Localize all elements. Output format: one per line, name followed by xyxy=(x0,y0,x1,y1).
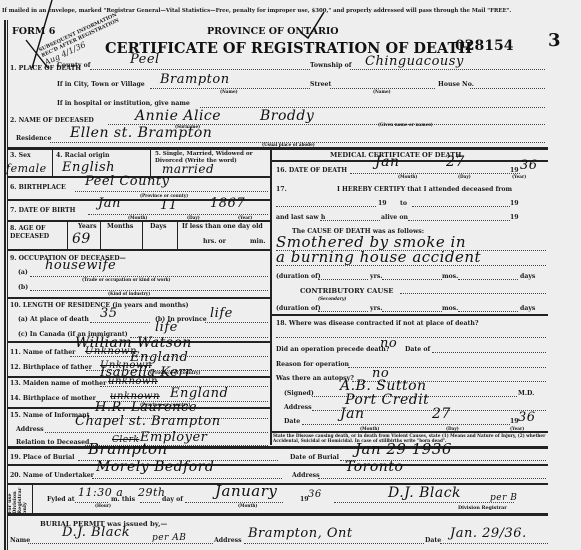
permit-date-label: Date xyxy=(425,537,441,544)
death-month: Jan xyxy=(375,154,399,170)
filed-month: January xyxy=(215,482,277,500)
county-line xyxy=(90,69,310,70)
burial-place-value: Brampton xyxy=(88,440,168,458)
city-label: If in City, Town or Village xyxy=(57,81,145,88)
permit-date-value: Jan. 29/36. xyxy=(450,526,527,541)
death-date-label: 16. DATE OF DEATH xyxy=(276,167,347,174)
township-value: Chinguacousy xyxy=(365,54,464,69)
registrar-sig-line xyxy=(334,502,514,503)
sex-label: 3. Sex xyxy=(10,152,31,159)
alive-line xyxy=(408,220,510,221)
dur-yrs-line-2 xyxy=(318,311,368,312)
registrar-initials: per B xyxy=(490,493,517,503)
form-border-left-inner xyxy=(7,20,8,550)
registration-number: 028154 xyxy=(455,38,513,54)
alive-19: 19 xyxy=(510,214,519,221)
undertaker-line xyxy=(92,478,282,479)
contracted-label: 18. Where was disease contracted if not … xyxy=(276,320,478,327)
from-line xyxy=(276,206,376,207)
informant-address-value: Chapel st. Brampton xyxy=(75,414,221,429)
division-registrar-label: Division Registrar xyxy=(458,505,507,511)
permit-name-value: D.J. Black xyxy=(62,525,130,540)
undertaker-value: Morely Bedford xyxy=(96,459,214,475)
contracted-line xyxy=(276,337,546,338)
filed-day-line xyxy=(140,502,160,503)
divider-main xyxy=(8,147,548,150)
yrs-label-2: yrs. xyxy=(370,305,383,312)
age-label: 8. AGE OF DECEASED xyxy=(10,225,65,241)
medical-date-line xyxy=(302,424,510,425)
registrar-signature: D.J. Black xyxy=(388,485,461,501)
column-divider xyxy=(270,150,272,445)
house-line xyxy=(470,88,545,89)
given-names: Annie Alice xyxy=(135,108,221,124)
sex-value: female xyxy=(6,162,47,175)
age-days-label: Days xyxy=(150,223,166,230)
age-div-4 xyxy=(177,221,178,249)
permit-address-value: Brampton, Ont xyxy=(248,526,353,541)
hour-sub: (Hour) xyxy=(95,503,111,508)
street-label: Street xyxy=(310,81,331,88)
dur-mos-line-1 xyxy=(382,279,442,280)
dob-month: Jan xyxy=(98,196,121,211)
md-label: M.D. xyxy=(518,390,534,397)
racial-divider xyxy=(150,150,151,176)
informant-name-value: H.R. Laurence xyxy=(95,400,197,415)
undertaker-address-value: Toronto xyxy=(345,459,403,475)
name-label: 2. NAME OF DECEASED xyxy=(10,117,94,124)
burial-place-label: 19. Place of Burial xyxy=(10,454,74,461)
age-div-2 xyxy=(100,221,101,249)
mother-label: 13. Maiden name of mother xyxy=(10,380,106,387)
death-year-prefix: 19 xyxy=(510,167,519,174)
occupation-a-label: (a) xyxy=(18,269,28,276)
filed-m: m. this xyxy=(111,496,135,503)
permit-date-line xyxy=(440,543,548,544)
permit-address-label: Address xyxy=(214,537,242,544)
city-sublabel: (Name) xyxy=(220,89,238,94)
residence-province-line xyxy=(205,322,268,323)
certify-text: I HEREBY CERTIFY that I attended decease… xyxy=(337,186,512,193)
occupation-a-sub: (Trade or occupation or kind of work) xyxy=(82,277,171,282)
county-label: County of xyxy=(57,62,90,69)
father-birth-label: 12. Birthplace of father xyxy=(10,364,92,371)
medical-date-month: Jan xyxy=(340,406,364,422)
county-value: Peel xyxy=(130,52,160,67)
residence-place-line xyxy=(90,322,150,323)
divider-18 xyxy=(272,314,548,316)
secondary-sub: (Secondary) xyxy=(318,296,346,301)
street-sublabel: (Name) xyxy=(373,89,391,94)
age-years-label: Years xyxy=(78,223,97,230)
to-line xyxy=(412,206,510,207)
occupation-b-sub: (Kind of industry) xyxy=(108,291,150,296)
to-label: to xyxy=(400,200,407,207)
dob-year: 1867 xyxy=(210,196,245,211)
divider-9 xyxy=(8,297,270,299)
mos-label-2: mos. xyxy=(442,305,458,312)
postal-notice: If mailed in an envelope, marked "Regist… xyxy=(2,8,511,14)
permit-name-line xyxy=(28,543,213,544)
township-label: Township of xyxy=(310,62,351,69)
residence-place-label: (a) At place of death xyxy=(18,316,89,323)
informant-address-label: Address xyxy=(16,426,44,433)
death-day: 27 xyxy=(446,154,465,170)
registrar-side-label: For use Division Registrar only xyxy=(8,484,28,514)
medical-date-label: Date xyxy=(284,418,300,425)
burial-date-label: Date of Burial xyxy=(290,454,339,461)
age-years: 69 xyxy=(72,231,91,247)
age-months-label: Months xyxy=(107,223,133,230)
permit-name-extra: per AB xyxy=(152,533,186,543)
undertaker-address-label: Address xyxy=(292,472,320,479)
father-label: 11. Name of father xyxy=(10,349,75,356)
filed-month-line xyxy=(185,502,283,503)
informant-relation-label: Relation to Deceased xyxy=(16,439,89,446)
from-19: 19 xyxy=(378,200,387,207)
days-label-2: days xyxy=(520,305,535,312)
op-date-label: Date of xyxy=(405,346,430,353)
given-sublabel: (Given name or names) xyxy=(378,122,433,127)
death-date-line xyxy=(350,173,520,174)
marital-value: married xyxy=(162,162,214,176)
registrar-side-divider xyxy=(32,484,33,514)
medical-divider xyxy=(272,160,548,162)
certify-num: 17. xyxy=(276,186,287,193)
racial-label: 4. Racial origin xyxy=(56,152,109,159)
mother-birth-label: 14. Birthplace of mother xyxy=(10,395,96,402)
filed-year: 36 xyxy=(308,489,322,500)
mother-birth-value: England xyxy=(170,386,228,401)
contributory-line xyxy=(400,293,546,294)
undertaker-label: 20. Name of Undertaker xyxy=(10,472,94,479)
racial-value: English xyxy=(62,160,115,175)
operation-label: Did an operation precede death? xyxy=(276,346,389,353)
last-saw-label: and last saw h xyxy=(276,214,325,221)
age-hrs-label: hrs. or xyxy=(203,238,226,245)
filed-month-sub: (Month) xyxy=(238,503,257,508)
residence-value: Ellen st. Brampton xyxy=(70,125,212,141)
age-div-3 xyxy=(142,221,143,249)
age-div-1 xyxy=(67,221,68,249)
divider-20 xyxy=(8,483,548,485)
form-border-left xyxy=(4,20,6,550)
days-label-1: days xyxy=(520,273,535,280)
divider-19 xyxy=(8,464,548,466)
house-label: House No. xyxy=(438,81,474,88)
age-less-label: If less than one day old xyxy=(182,223,263,230)
medical-date-year: 36 xyxy=(518,410,536,425)
filed-dayof: day of xyxy=(162,496,183,503)
residence-label: Residence xyxy=(16,135,51,142)
dur-yrs-line-1 xyxy=(318,279,368,280)
mother-struck: unknown xyxy=(108,376,158,387)
death-day-sub: (Day) xyxy=(458,174,471,179)
dob-label: 7. DATE OF BIRTH xyxy=(10,207,75,214)
death-year-sub: (Year) xyxy=(512,174,526,179)
divider-permit xyxy=(8,513,548,516)
pen-strike-icon xyxy=(22,0,62,70)
contributory-label: CONTRIBUTORY CAUSE xyxy=(300,287,393,295)
physician-address-label: Address xyxy=(284,404,312,411)
sex-divider xyxy=(52,150,53,176)
divider-7 xyxy=(8,220,270,222)
checkmark-icon xyxy=(298,10,328,40)
sheet-number: 3 xyxy=(548,30,561,51)
to-19: 19 xyxy=(510,200,519,207)
operation-value: no xyxy=(380,336,397,351)
cause-line2: a burning house accident xyxy=(276,248,481,266)
alive-label: alive on xyxy=(381,214,408,221)
duration-label-2: (duration of) xyxy=(276,305,321,312)
death-year: 36 xyxy=(520,158,538,173)
op-date-line xyxy=(432,352,546,353)
dur-mos-line-2 xyxy=(382,311,442,312)
filed-label: Fyled at xyxy=(47,496,75,503)
dur-days-line-1 xyxy=(458,279,518,280)
dur-days-line-2 xyxy=(458,311,518,312)
city-value: Brampton xyxy=(160,72,230,87)
death-month-sub: (Month) xyxy=(398,174,417,179)
township-line xyxy=(350,69,545,70)
hospital-line xyxy=(200,107,545,108)
permit-address-line xyxy=(244,543,424,544)
dob-day: 11 xyxy=(160,198,178,213)
divider-8 xyxy=(8,249,270,251)
undertaker-address-line xyxy=(318,478,546,479)
last-saw-line xyxy=(320,220,380,221)
occupation-a-value: housewife xyxy=(45,258,116,273)
reason-label: Reason for operation xyxy=(276,361,349,368)
occupation-b-label: (b) xyxy=(18,284,28,291)
residence-place-value: 35 xyxy=(100,306,118,321)
yrs-label-1: yrs. xyxy=(370,273,383,280)
birthplace-label: 6. BIRTHPLACE xyxy=(10,184,66,191)
duration-label-1: (duration of) xyxy=(276,273,321,280)
age-min-label: min. xyxy=(250,238,266,245)
surname: Broddy xyxy=(260,108,314,124)
residence-canada-value: life xyxy=(155,320,178,335)
residence-province-value: life xyxy=(210,306,233,321)
hospital-label: If in hospital or institution, give name xyxy=(57,100,190,107)
death-certificate: If mailed in an envelope, marked "Regist… xyxy=(0,0,581,550)
burial-date-value: Jan 29 1936 xyxy=(355,440,452,458)
birthplace-value: Peel County xyxy=(85,174,169,189)
signed-label: (Signed) xyxy=(284,390,314,397)
medical-date-day: 27 xyxy=(432,406,451,422)
birthplace-line xyxy=(75,191,268,192)
mos-label-1: mos. xyxy=(442,273,458,280)
